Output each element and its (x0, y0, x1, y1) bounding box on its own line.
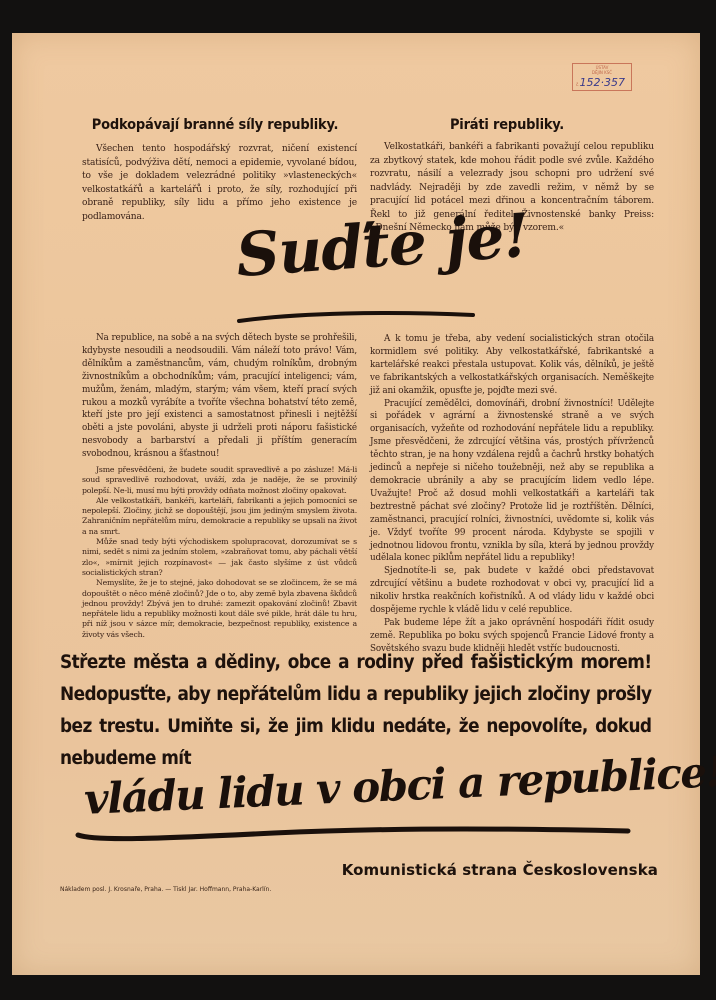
archive-stamp: ÚSTAV DĚJIN KSČ č. 152·357 (572, 63, 632, 91)
paragraph: A k tomu je třeba, aby vedení socialisti… (370, 333, 654, 398)
paragraph: Může snad tedy býti východiskem spolupra… (82, 537, 357, 578)
paragraph: Na republice, na sobě a na svých dětech … (82, 332, 357, 461)
stamp-line: DĚJIN KSČ (573, 70, 631, 75)
left-section-heading: Podkopávají branné síly republiky. (80, 117, 350, 133)
left-section-body: Všechen tento hospodářský rozvrat, ničen… (82, 143, 357, 224)
right-column: A k tomu je třeba, aby vedení socialisti… (370, 333, 654, 656)
headline-underline (237, 309, 477, 325)
paragraph: Ale velkostatkáři, bankéři, karteláři, f… (82, 496, 357, 537)
slogan-line: bez trestu. Umiňte si, že jim klidu nedá… (60, 711, 651, 743)
closing-underline (74, 823, 634, 843)
paragraph: Všechen tento hospodářský rozvrat, ničen… (82, 143, 357, 224)
leaflet-page: ÚSTAV DĚJIN KSČ č. 152·357 Podkopávají b… (12, 33, 700, 975)
slogan-line: Střezte města a dědiny, obce a rodiny př… (60, 647, 651, 679)
slogan-line: Nedopusťte, aby nepřátelům lidu a republ… (60, 679, 651, 711)
stamp-number: 152·357 (580, 77, 626, 89)
left-column: Na republice, na sobě a na svých dětech … (82, 332, 357, 461)
signature: Komunistická strana Československa (342, 861, 658, 879)
paragraph: Pracující zemědělci, domovínáři, drobní … (370, 398, 654, 566)
imprint: Nákladem posl. J. Krosnaře, Praha. — Tis… (60, 886, 271, 893)
right-section-heading: Piráti republiky. (387, 117, 627, 133)
left-column-small: Jsme přesvědčeni, že budete soudit sprav… (82, 465, 357, 640)
paragraph: Nemyslíte, že je to stejné, jako dohodov… (82, 578, 357, 640)
paragraph: Sjednotíte-li se, pak budete v každé obc… (370, 565, 654, 617)
paragraph: Jsme přesvědčeni, že budete soudit sprav… (82, 465, 357, 496)
